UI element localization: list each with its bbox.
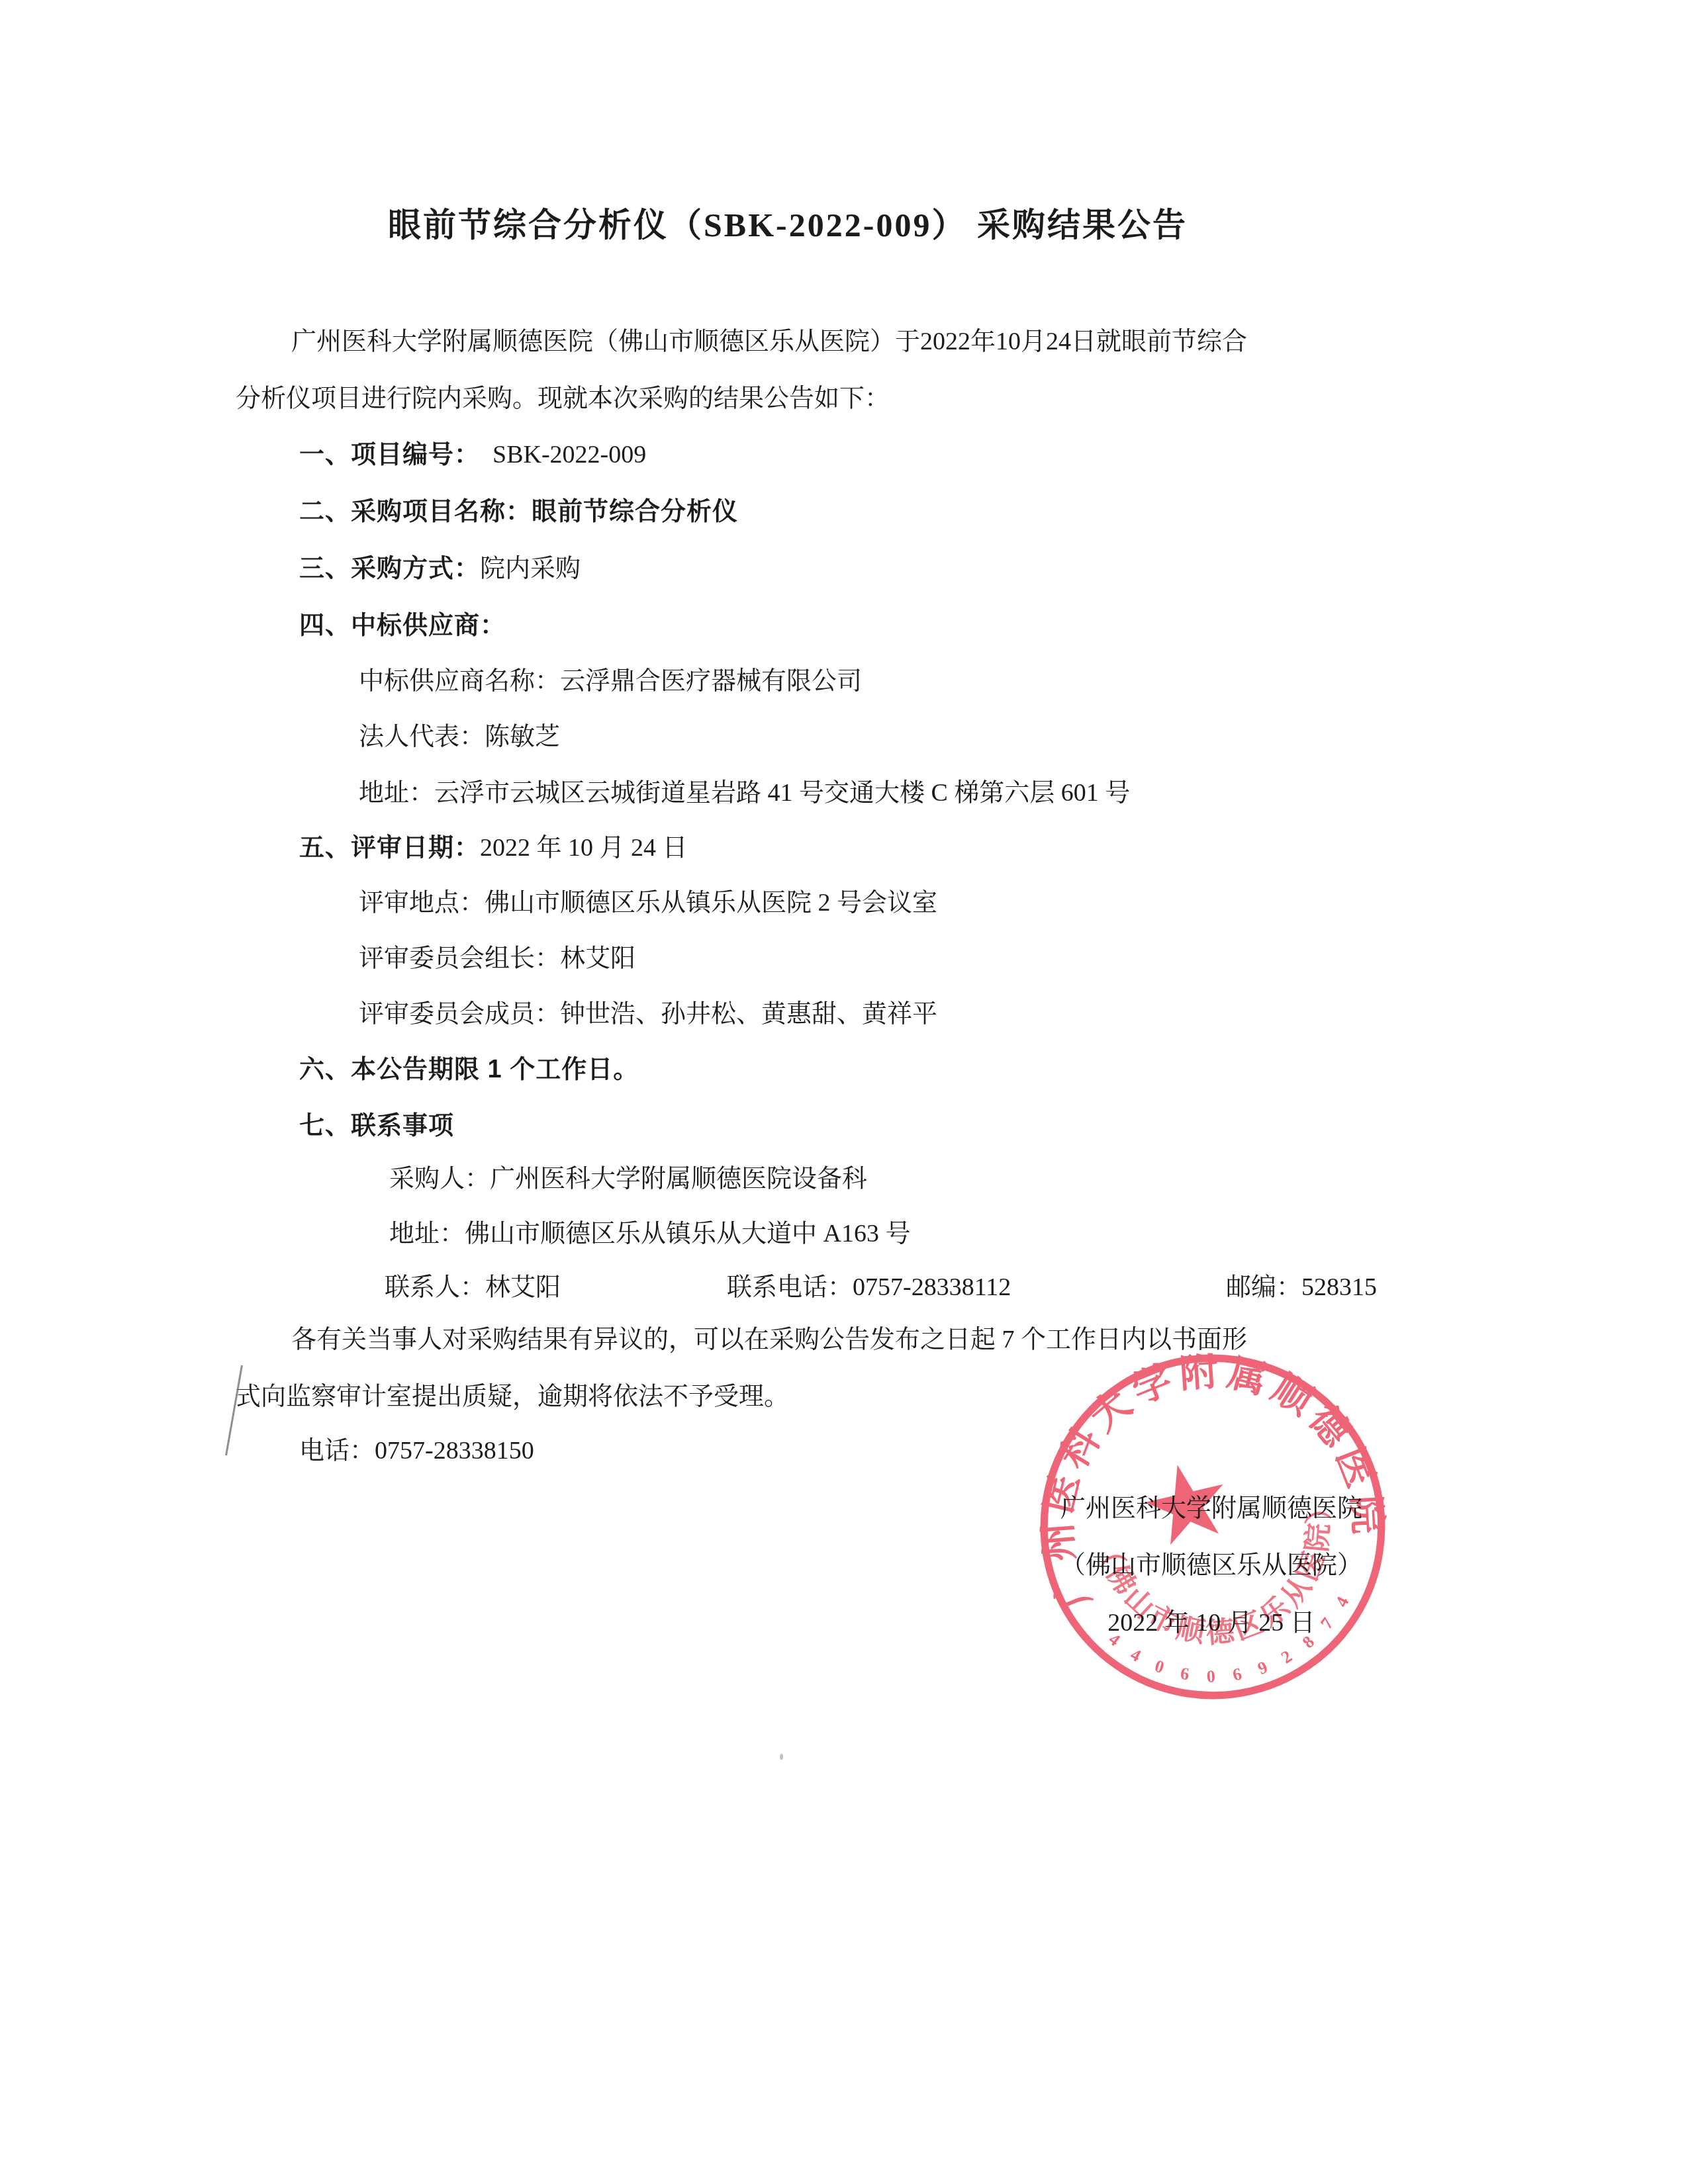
item-project-number: 一、项目编号： SBK-2022-009 [299,439,646,471]
item-label: 三、采购方式： [299,555,480,582]
contact-zip: 邮编：528315 [1226,1271,1377,1303]
review-chair-line: 评审委员会组长：林艾阳 [359,942,635,974]
contact-name: 联系人：林艾阳 [385,1271,561,1303]
item-winning-supplier: 四、中标供应商： [299,610,506,641]
item-label: 二、采购项目名称：眼前节综合分析仪 [299,498,738,525]
item-label: 一、项目编号： [299,441,480,469]
purchaser-address-line: 地址：佛山市顺德区乐从镇乐从大道中 A163 号 [389,1218,910,1250]
item-label: 六、本公告期限 1 个工作日。 [299,1056,639,1083]
review-location-line: 评审地点：佛山市顺德区乐从镇乐从医院 2 号会议室 [359,887,937,919]
item-review-date: 五、评审日期：2022 年 10 月 24 日 [299,832,688,864]
legal-rep-line: 法人代表：陈敏芝 [359,721,560,752]
page-title: 眼前节综合分析仪（SBK-2022-009） 采购结果公告 [0,199,1575,246]
item-announcement-period: 六、本公告期限 1 个工作日。 [299,1054,639,1085]
item-value: 院内采购 [480,555,581,582]
objection-line-2: 式向监察审计室提出质疑，逾期将依法不予受理。 [236,1381,789,1412]
announcement-document: 眼前节综合分析仪（SBK-2022-009） 采购结果公告 广州医科大学附属顺德… [0,0,1688,2184]
scan-speck [780,1754,783,1760]
item-procurement-method: 三、采购方式：院内采购 [299,553,581,584]
intro-line-1: 广州医科大学附属顺德医院（佛山市顺德区乐从医院）于2022年10月24日就眼前节… [291,326,1247,357]
signature-alias: （佛山市顺德区乐从医院） [993,1544,1430,1580]
item-project-name: 二、采购项目名称：眼前节综合分析仪 [299,496,738,527]
item-value: 2022 年 10 月 24 日 [480,834,688,862]
contact-phone: 联系电话：0757-28338112 [727,1271,1011,1303]
objection-line-1: 各有关当事人对采购结果有异议的，可以在采购公告发布之日起 7 个工作日内以书面形 [291,1324,1247,1355]
signature-org: 广州医科大学附属顺德医院 [993,1487,1430,1524]
supplier-name-line: 中标供应商名称：云浮鼎合医疗器械有限公司 [359,665,862,697]
item-contact-matters: 七、联系事项 [299,1110,454,1142]
item-label: 五、评审日期： [299,834,480,862]
hospital-seal: 广州医科大学附属顺德医院 （佛山市顺德区乐从医院） 44060692874 [971,1299,1455,1754]
intro-line-2: 分析仪项目进行院内采购。现就本次采购的结果公告如下： [236,383,890,414]
item-label: 四、中标供应商： [299,612,506,639]
signature-date: 2022 年 10 月 25 日 [993,1602,1430,1638]
review-members-line: 评审委员会成员：钟世浩、孙井松、黄惠甜、黄祥平 [359,998,937,1030]
purchaser-line: 采购人：广州医科大学附属顺德医院设备科 [389,1163,867,1195]
item-value: SBK-2022-009 [480,441,646,469]
item-label: 七、联系事项 [299,1112,454,1140]
supplier-address-line: 地址：云浮市云城区云城街道星岩路 41 号交通大楼 C 梯第六层 601 号 [359,777,1130,809]
phone-line: 电话：0757-28338150 [299,1435,534,1467]
